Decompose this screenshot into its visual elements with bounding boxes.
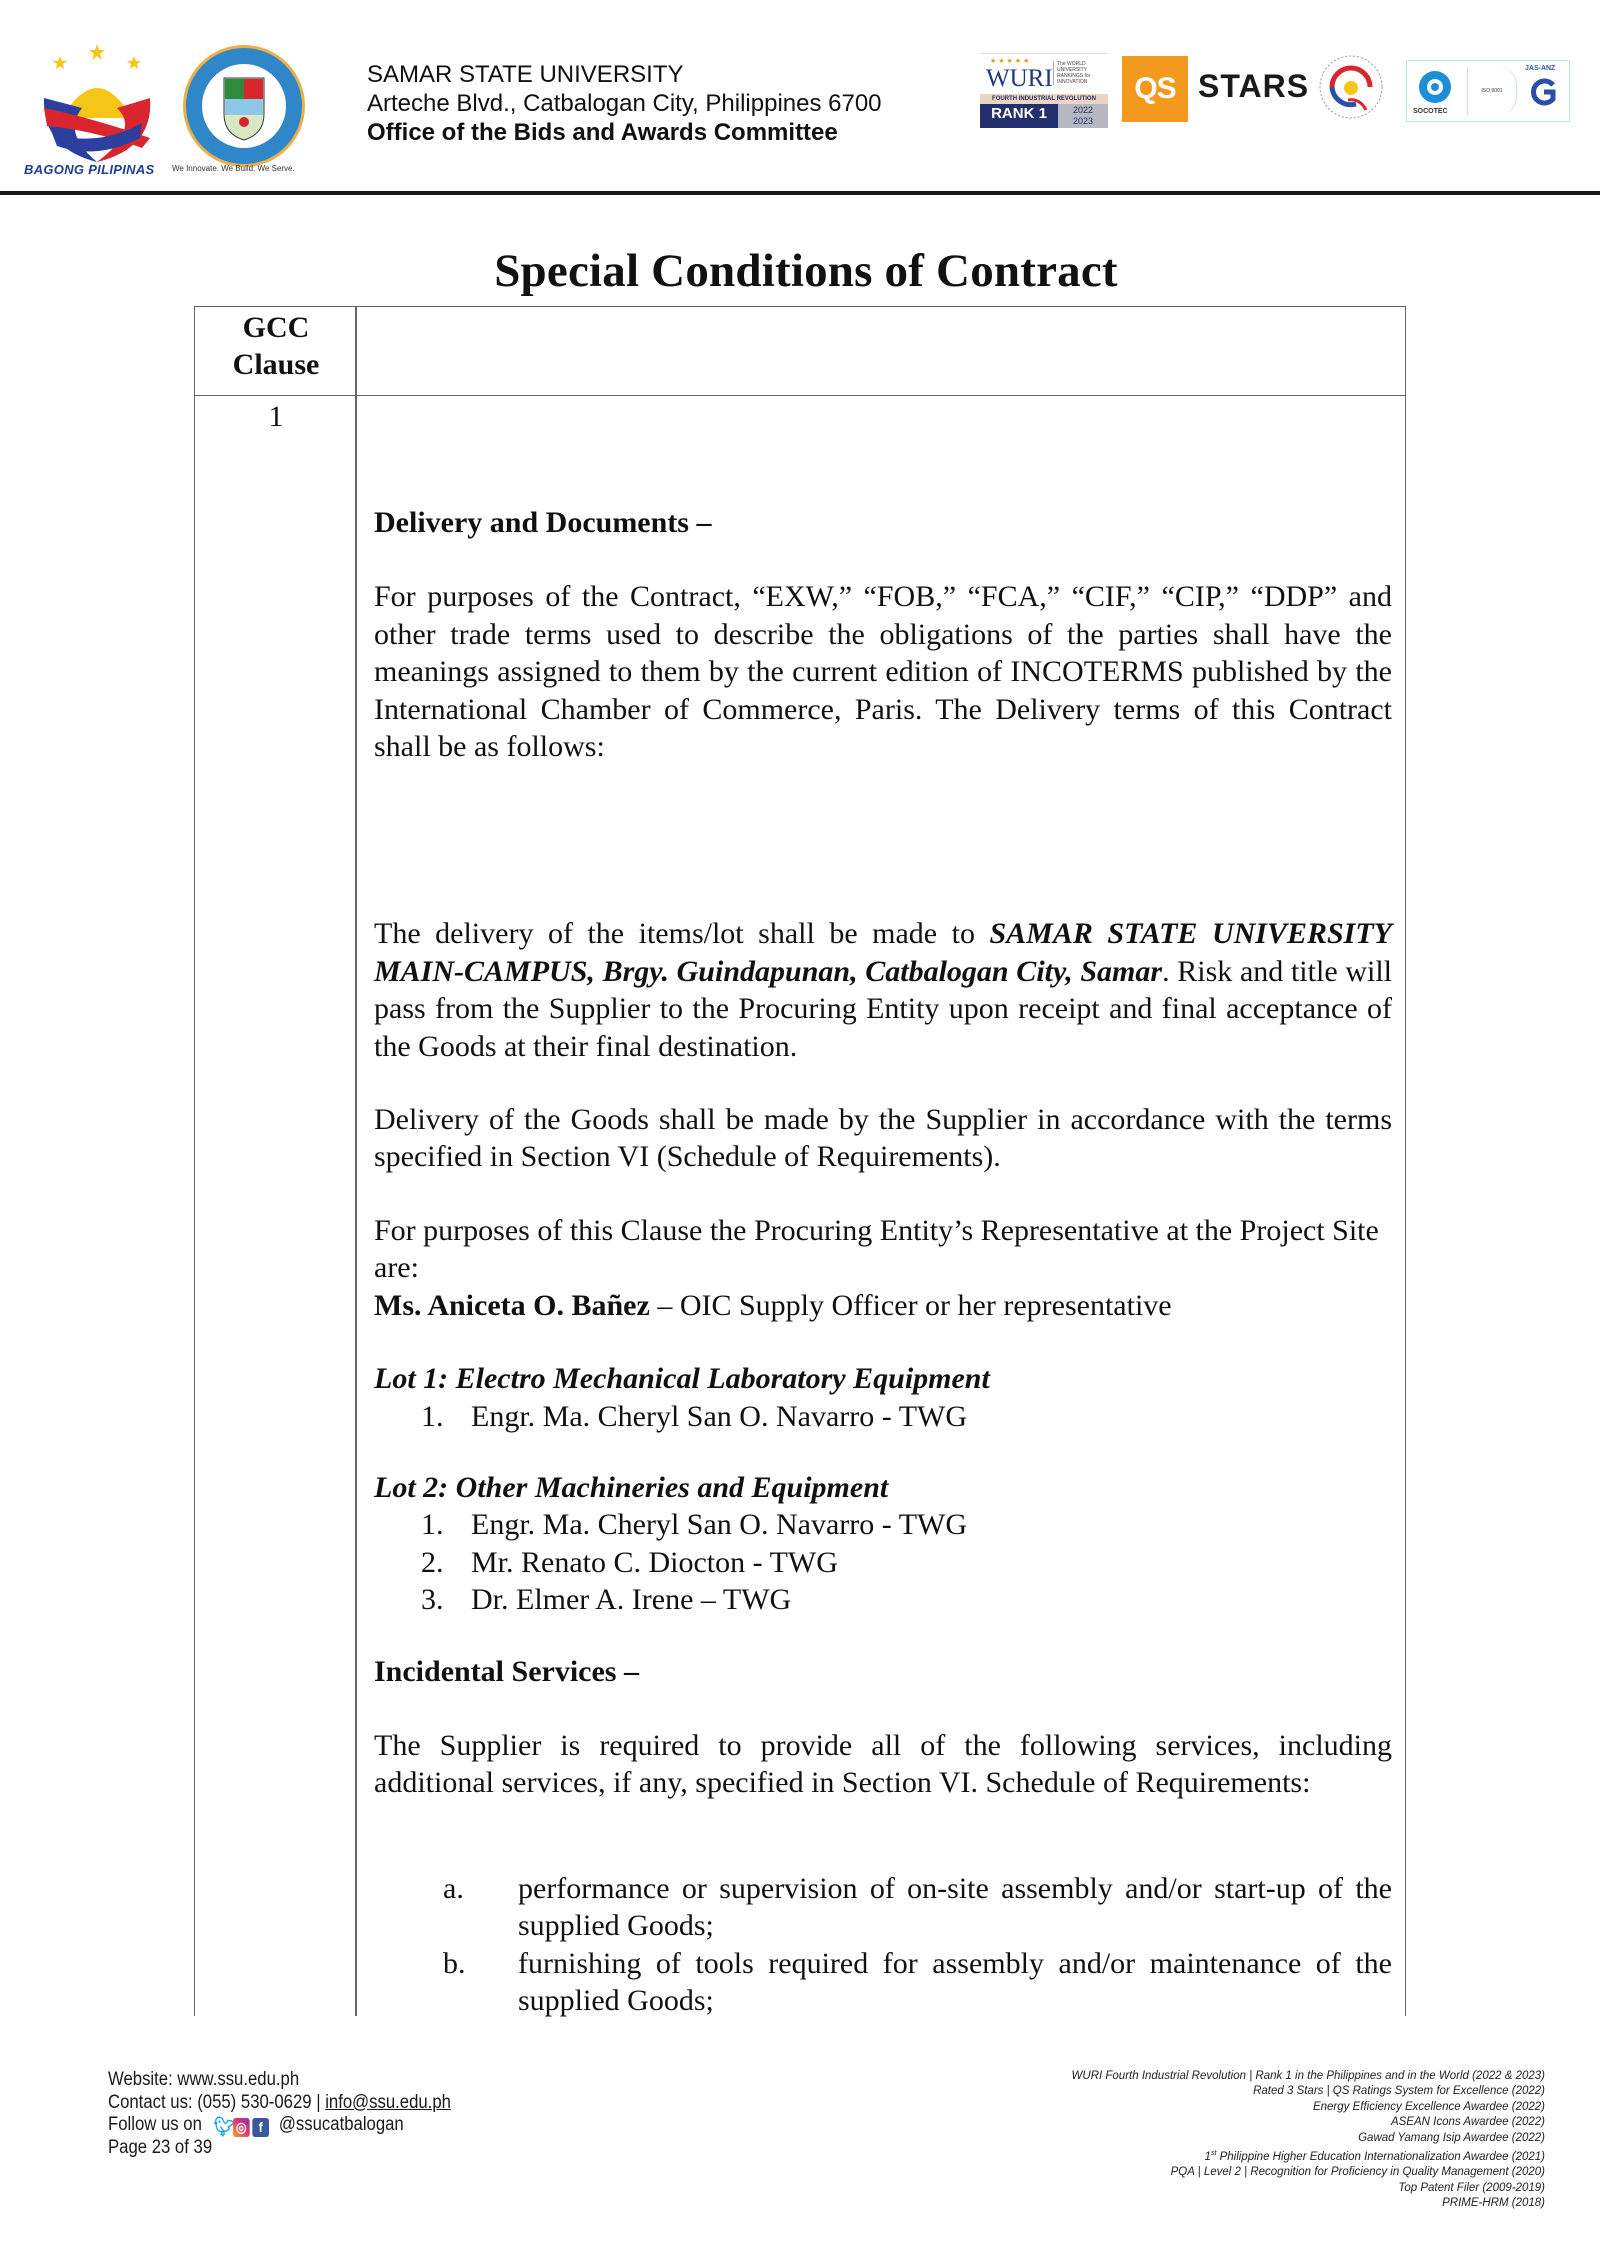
delivery-place-paragraph: The delivery of the items/lot shall be m… <box>374 915 1392 1065</box>
email-link[interactable]: info@ssu.edu.ph <box>325 2092 451 2113</box>
representative-name: Ms. Aniceta O. Bañez <box>374 1289 650 1322</box>
qs-logo-icon: QS <box>1122 56 1188 122</box>
header-gcc-clause: GCC Clause <box>195 309 357 383</box>
lot-2-twg-list: 1.Engr. Ma. Cheryl San O. Navarro - TWG … <box>374 1506 1392 1618</box>
award-item: Energy Efficiency Excellence Awardee (20… <box>1072 2100 1545 2115</box>
jas-anz-label: JAS-ANZ <box>1525 65 1555 72</box>
delivery-heading: Delivery and Documents – <box>374 504 1392 541</box>
representative-paragraph: For purposes of this Clause the Procurin… <box>374 1212 1392 1287</box>
org-name: SAMAR STATE UNIVERSITY <box>367 60 882 89</box>
list-item: 2.Mr. Renato C. Diocton - TWG <box>374 1544 1392 1581</box>
footer-contact: Website: www.ssu.edu.ph Contact us: (055… <box>108 2069 451 2160</box>
wuri-rank: RANK 1 <box>980 104 1058 128</box>
instagram-icon[interactable]: ◎ <box>233 2118 250 2137</box>
incidental-services-heading: Incidental Services – <box>374 1653 1392 1690</box>
lot-2-title: Lot 2: Other Machineries and Equipment <box>374 1469 1392 1506</box>
wuri-badge: ★★★★★ WURI The WORLD UNIVERSITY RANKINGS… <box>980 53 1108 128</box>
page-title: Special Conditions of Contract <box>0 244 1600 298</box>
lot-1-twg-list: 1.Engr. Ma. Cheryl San O. Navarro - TWG <box>374 1398 1392 1435</box>
list-item: 3.Dr. Elmer A. Irene – TWG <box>374 1581 1392 1618</box>
twitter-icon[interactable]: 🐦︎ <box>214 2118 231 2137</box>
award-item: PRIME-HRM (2018) <box>1072 2196 1545 2211</box>
social-line: Follow us on 🐦︎ ◎ f @ssucatbalogan <box>108 2114 451 2137</box>
organization-block: SAMAR STATE UNIVERSITY Arteche Blvd., Ca… <box>367 60 882 147</box>
ssu-seal-logo <box>180 42 308 170</box>
award-item: WURI Fourth Industrial Revolution | Rank… <box>1072 2069 1545 2084</box>
wuri-band: FOURTH INDUSTRIAL REVOLUTION <box>980 94 1108 104</box>
org-office: Office of the Bids and Awards Committee <box>367 118 882 147</box>
iso-certification-badge: SOCOTEC ISO 9001 JAS-ANZ <box>1406 60 1570 122</box>
wuri-subtitle: The WORLD UNIVERSITY RANKINGS for INNOVA… <box>1053 61 1103 85</box>
award-item: 1st Philippine Higher Education Internat… <box>1072 2146 1545 2165</box>
website-link[interactable]: Website: www.ssu.edu.ph <box>108 2069 451 2092</box>
lot-1-title: Lot 1: Electro Mechanical Laboratory Equ… <box>374 1360 1392 1397</box>
header-rule <box>0 191 1600 195</box>
contact-line: Contact us: (055) 530-0629 | info@ssu.ed… <box>108 2092 451 2115</box>
pqa-seal-icon <box>1318 52 1384 122</box>
bagong-pilipinas-logo <box>22 38 172 178</box>
table-row: 1 Delivery and Documents – For purposes … <box>194 396 1406 2016</box>
list-item: a.performance or supervision of on-site … <box>374 1870 1392 1945</box>
award-item: ASEAN Icons Awardee (2022) <box>1072 2115 1545 2130</box>
facebook-icon[interactable]: f <box>252 2118 269 2137</box>
iso-standard: ISO 9001 <box>1467 67 1517 115</box>
clause-number: 1 <box>195 400 357 434</box>
social-icons: 🐦︎ ◎ f <box>214 2118 269 2137</box>
page-number: Page 23 of 39 <box>108 2137 451 2160</box>
award-item: Rated 3 Stars | QS Ratings System for Ex… <box>1072 2084 1545 2099</box>
award-item: Gawad Yamang Isip Awardee (2022) <box>1072 2131 1545 2146</box>
socotec-icon <box>1417 69 1453 105</box>
list-item: 1.Engr. Ma. Cheryl San O. Navarro - TWG <box>374 1398 1392 1435</box>
clause-content: Delivery and Documents – For purposes of… <box>374 396 1392 2019</box>
incidental-services-list: a.performance or supervision of on-site … <box>374 1870 1392 2020</box>
wuri-years: 2022 2023 <box>1058 104 1108 128</box>
schedule-paragraph: Delivery of the Goods shall be made by t… <box>374 1101 1392 1176</box>
social-handle: @ssucatbalogan <box>279 2114 404 2135</box>
representative-line: Ms. Aniceta O. Bañez – OIC Supply Office… <box>374 1287 1392 1324</box>
jas-anz-icon <box>1529 77 1559 107</box>
incoterms-paragraph: For purposes of the Contract, “EXW,” “FO… <box>374 578 1392 765</box>
bagong-pilipinas-wordmark: BAGONG PILIPINAS <box>24 162 154 177</box>
qs-stars-label: STARS <box>1198 68 1309 105</box>
awards-list: WURI Fourth Industrial Revolution | Rank… <box>1072 2069 1545 2211</box>
ssu-tagline: We Innovate. We Build. We Serve. <box>172 164 295 173</box>
column-divider <box>355 396 357 2016</box>
award-item: Top Patent Filer (2009-2019) <box>1072 2181 1545 2196</box>
scc-table: GCC Clause 1 Delivery and Documents – Fo… <box>194 306 1406 2016</box>
list-item: 1.Engr. Ma. Cheryl San O. Navarro - TWG <box>374 1506 1392 1543</box>
table-header-row: GCC Clause <box>194 306 1406 396</box>
wuri-stars-icon: ★★★★★ <box>990 57 1031 65</box>
letterhead: BAGONG PILIPINAS We Innovate. We Build. … <box>0 0 1600 196</box>
list-item: b.furnishing of tools required for assem… <box>374 1945 1392 2020</box>
org-address: Arteche Blvd., Catbalogan City, Philippi… <box>367 89 882 118</box>
award-item: PQA | Level 2 | Recognition for Proficie… <box>1072 2165 1545 2180</box>
incidental-paragraph: The Supplier is required to provide all … <box>374 1727 1392 1802</box>
